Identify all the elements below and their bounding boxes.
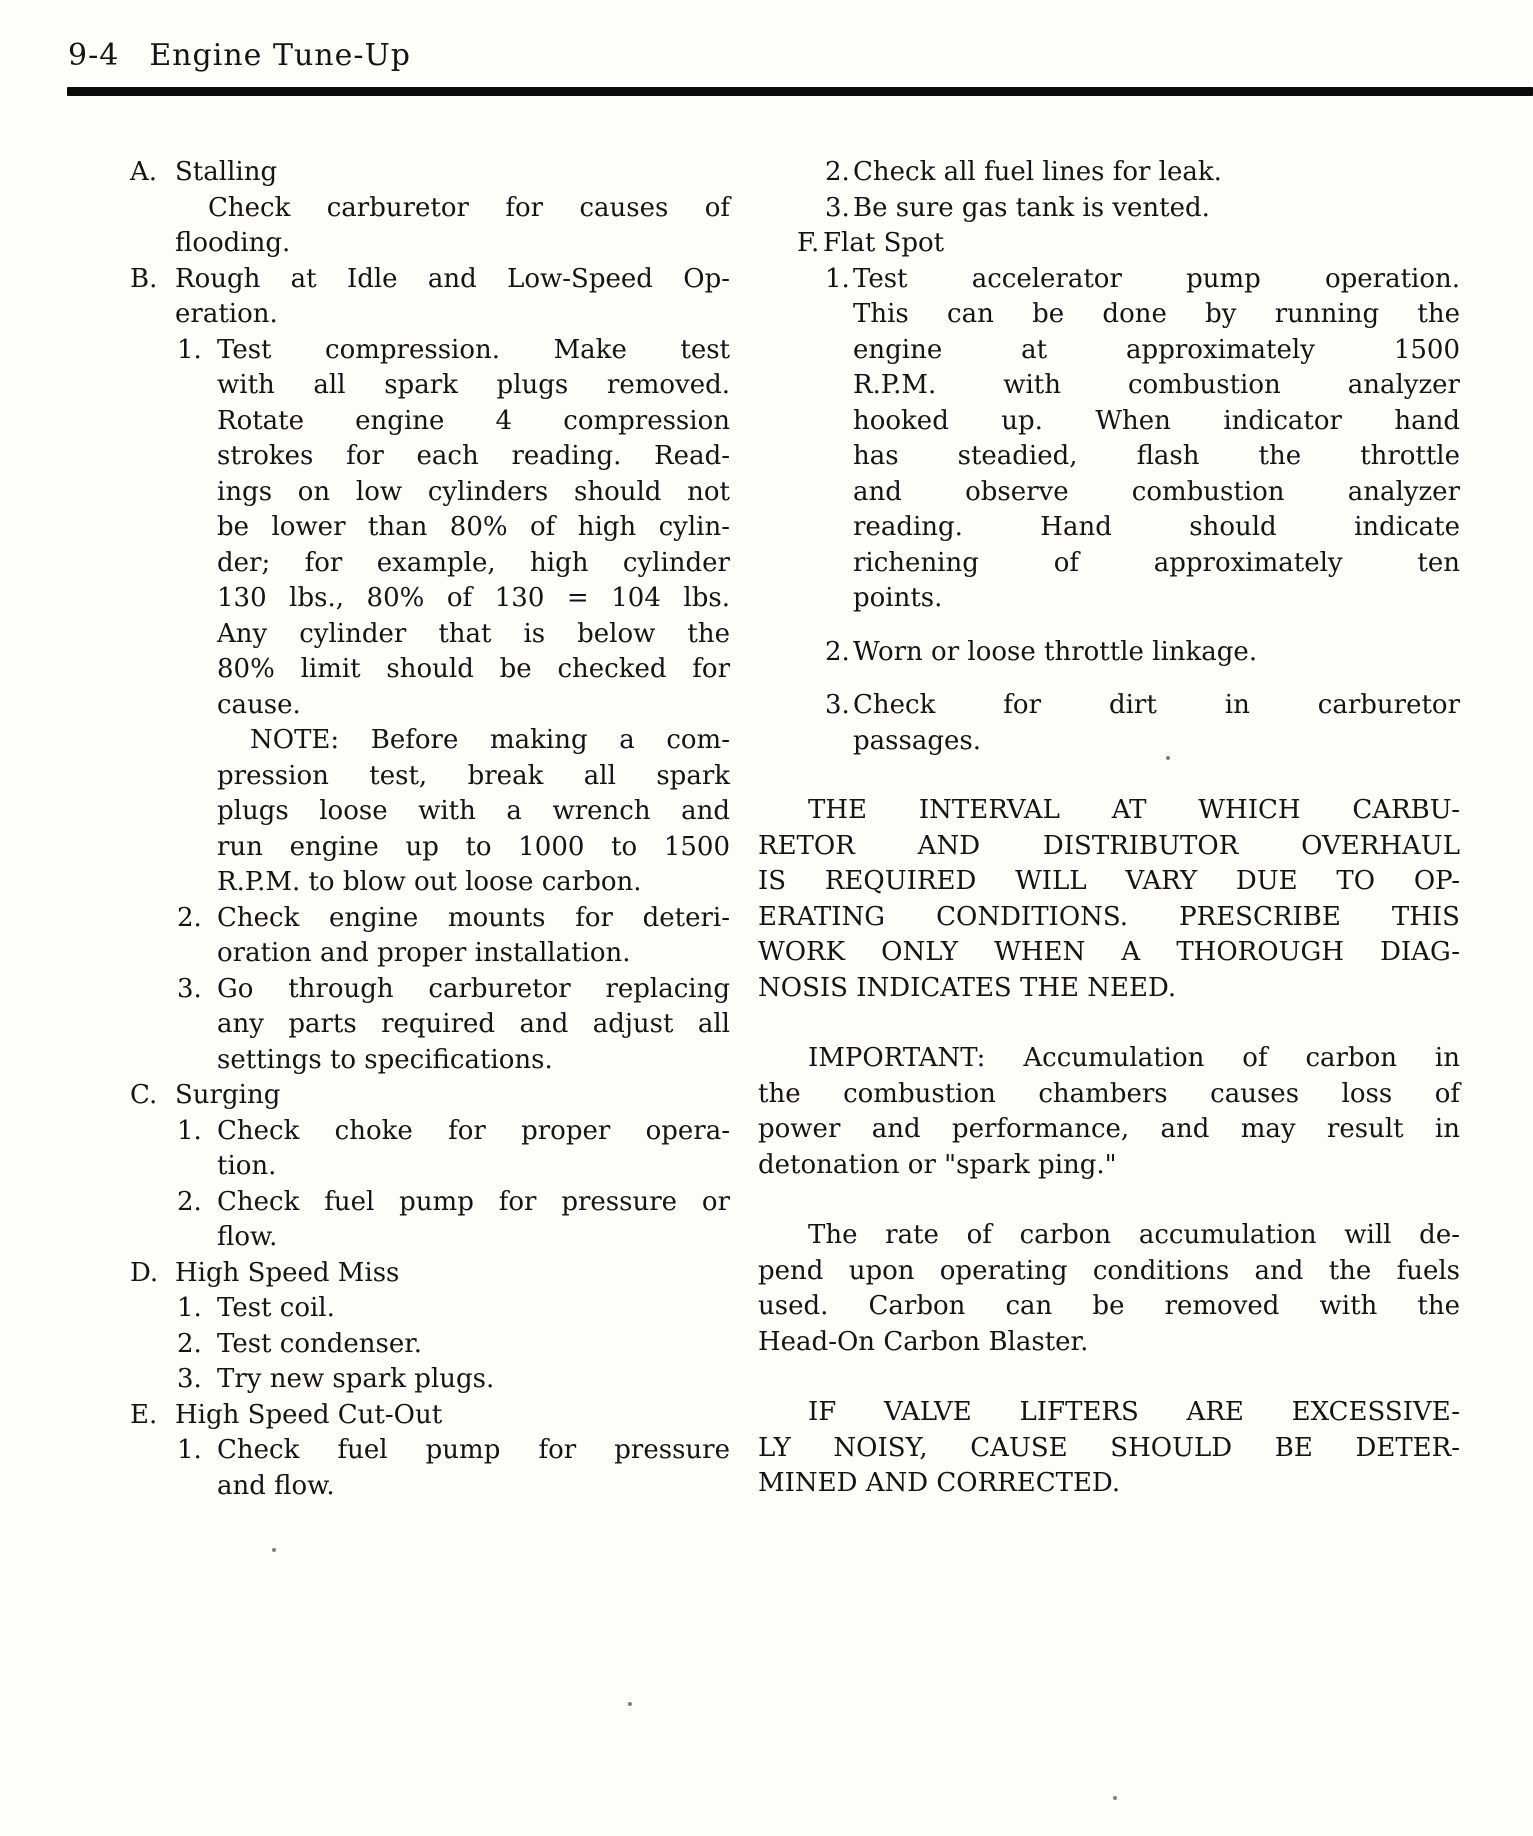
list-number-b1: 1.	[177, 333, 202, 369]
outline-letter-f: F.	[797, 226, 819, 262]
list-item-f1: 1. Test accelerator pump operation.This …	[758, 262, 1460, 617]
outline-item-d-text: High Speed Miss	[175, 1256, 730, 1292]
list-item-e1: 1. Check fuel pump for pressureand flow.	[130, 1433, 730, 1504]
list-item-e2-text: Check all fuel lines for leak.	[853, 155, 1460, 191]
paragraph-stalling: Check carburetor for causes offlooding.	[175, 191, 730, 262]
outline-item-a-text: Stalling	[175, 155, 730, 191]
list-item-d3: 3. Try new spark plugs.	[130, 1362, 730, 1398]
page-title: Engine Tune-Up	[149, 38, 411, 73]
list-item-e3: 3. Be sure gas tank is vented.	[758, 191, 1460, 227]
list-number-e3: 3.	[825, 191, 850, 227]
list-number-d3: 3.	[177, 1362, 202, 1398]
list-item-d2-text: Test condenser.	[217, 1327, 730, 1363]
outline-letter-d: D.	[130, 1256, 158, 1292]
list-item-b1: 1. Test compression. Make testwith all s…	[130, 333, 730, 724]
list-number-c2: 2.	[177, 1185, 202, 1221]
outline-item-c-text: Surging	[175, 1078, 730, 1114]
list-number-e2: 2.	[825, 155, 850, 191]
list-number-f2: 2.	[825, 635, 850, 671]
list-number-e1: 1.	[177, 1433, 202, 1469]
outline-item-f-text: Flat Spot	[823, 226, 1460, 262]
list-number-f1: 1.	[825, 262, 850, 298]
list-number-b3: 3.	[177, 972, 202, 1008]
outline-letter-c: C.	[130, 1078, 157, 1114]
scan-speck	[272, 1548, 276, 1552]
left-column: A. Stalling Check carburetor for causes …	[130, 155, 730, 1504]
paragraph-carbon-rate: The rate of carbon accumulation will de-…	[758, 1218, 1460, 1360]
scan-speck	[1166, 756, 1170, 760]
paragraph-valve-lifters: IF VALVE LIFTERS ARE EXCESSIVE-LY NOISY,…	[758, 1395, 1460, 1502]
list-item-d2: 2. Test condenser.	[130, 1327, 730, 1363]
list-item-d3-text: Try new spark plugs.	[217, 1362, 730, 1398]
list-item-b3-text: Go through carburetor replacingany parts…	[217, 972, 730, 1079]
list-item-f1-text: Test accelerator pump operation.This can…	[853, 262, 1460, 617]
list-item-c1-text: Check choke for proper opera-tion.	[217, 1114, 730, 1185]
paragraph-note: NOTE: Before making a com-pression test,…	[217, 723, 730, 901]
outline-item-c: C. Surging	[130, 1078, 730, 1114]
list-item-e1-text: Check fuel pump for pressureand flow.	[217, 1433, 730, 1504]
list-item-f3-text: Check for dirt in carburetorpassages.	[853, 688, 1460, 759]
right-column: 2. Check all fuel lines for leak. 3. Be …	[758, 155, 1460, 1502]
scan-speck	[1113, 1796, 1117, 1800]
outline-letter-b: B.	[130, 262, 157, 298]
list-number-d1: 1.	[177, 1291, 202, 1327]
manual-page: 9-4Engine Tune-Up A. Stalling Check carb…	[0, 0, 1533, 1836]
scan-speck	[628, 1702, 632, 1706]
outline-item-d: D. High Speed Miss	[130, 1256, 730, 1292]
list-number-f3: 3.	[825, 688, 850, 724]
list-number-d2: 2.	[177, 1327, 202, 1363]
list-number-b2: 2.	[177, 901, 202, 937]
outline-item-e-text: High Speed Cut-Out	[175, 1398, 730, 1434]
outline-item-b: B. Rough at Idle and Low-Speed Op-eratio…	[130, 262, 730, 333]
list-number-c1: 1.	[177, 1114, 202, 1150]
list-item-b2: 2. Check engine mounts for deteri-oratio…	[130, 901, 730, 972]
paragraph-important-carbon: IMPORTANT: Accumulation of carbon inthe …	[758, 1041, 1460, 1183]
outline-letter-e: E.	[130, 1398, 157, 1434]
page-header: 9-4Engine Tune-Up	[68, 38, 411, 74]
outline-letter-a: A.	[130, 155, 157, 191]
list-item-b3: 3. Go through carburetor replacingany pa…	[130, 972, 730, 1079]
paragraph-overhaul-interval: THE INTERVAL AT WHICH CARBU-RETOR AND DI…	[758, 793, 1460, 1006]
list-item-c2: 2. Check fuel pump for pressure orflow.	[130, 1185, 730, 1256]
outline-item-a: A. Stalling	[130, 155, 730, 191]
list-item-f3: 3. Check for dirt in carburetorpassages.	[758, 688, 1460, 759]
list-item-c1: 1. Check choke for proper opera-tion.	[130, 1114, 730, 1185]
outline-item-e: E. High Speed Cut-Out	[130, 1398, 730, 1434]
page-number: 9-4	[68, 38, 119, 73]
list-item-b1-text: Test compression. Make testwith all spar…	[217, 333, 730, 724]
list-item-f2-text: Worn or loose throttle linkage.	[853, 635, 1460, 671]
outline-item-f: F. Flat Spot	[758, 226, 1460, 262]
outline-item-b-text: Rough at Idle and Low-Speed Op-eration.	[175, 262, 730, 333]
list-item-e3-text: Be sure gas tank is vented.	[853, 191, 1460, 227]
list-item-d1: 1. Test coil.	[130, 1291, 730, 1327]
list-item-b2-text: Check engine mounts for deteri-oration a…	[217, 901, 730, 972]
list-item-d1-text: Test coil.	[217, 1291, 730, 1327]
list-item-e2: 2. Check all fuel lines for leak.	[758, 155, 1460, 191]
header-divider-rule	[67, 87, 1533, 96]
list-item-f2: 2. Worn or loose throttle linkage.	[758, 635, 1460, 671]
list-item-c2-text: Check fuel pump for pressure orflow.	[217, 1185, 730, 1256]
